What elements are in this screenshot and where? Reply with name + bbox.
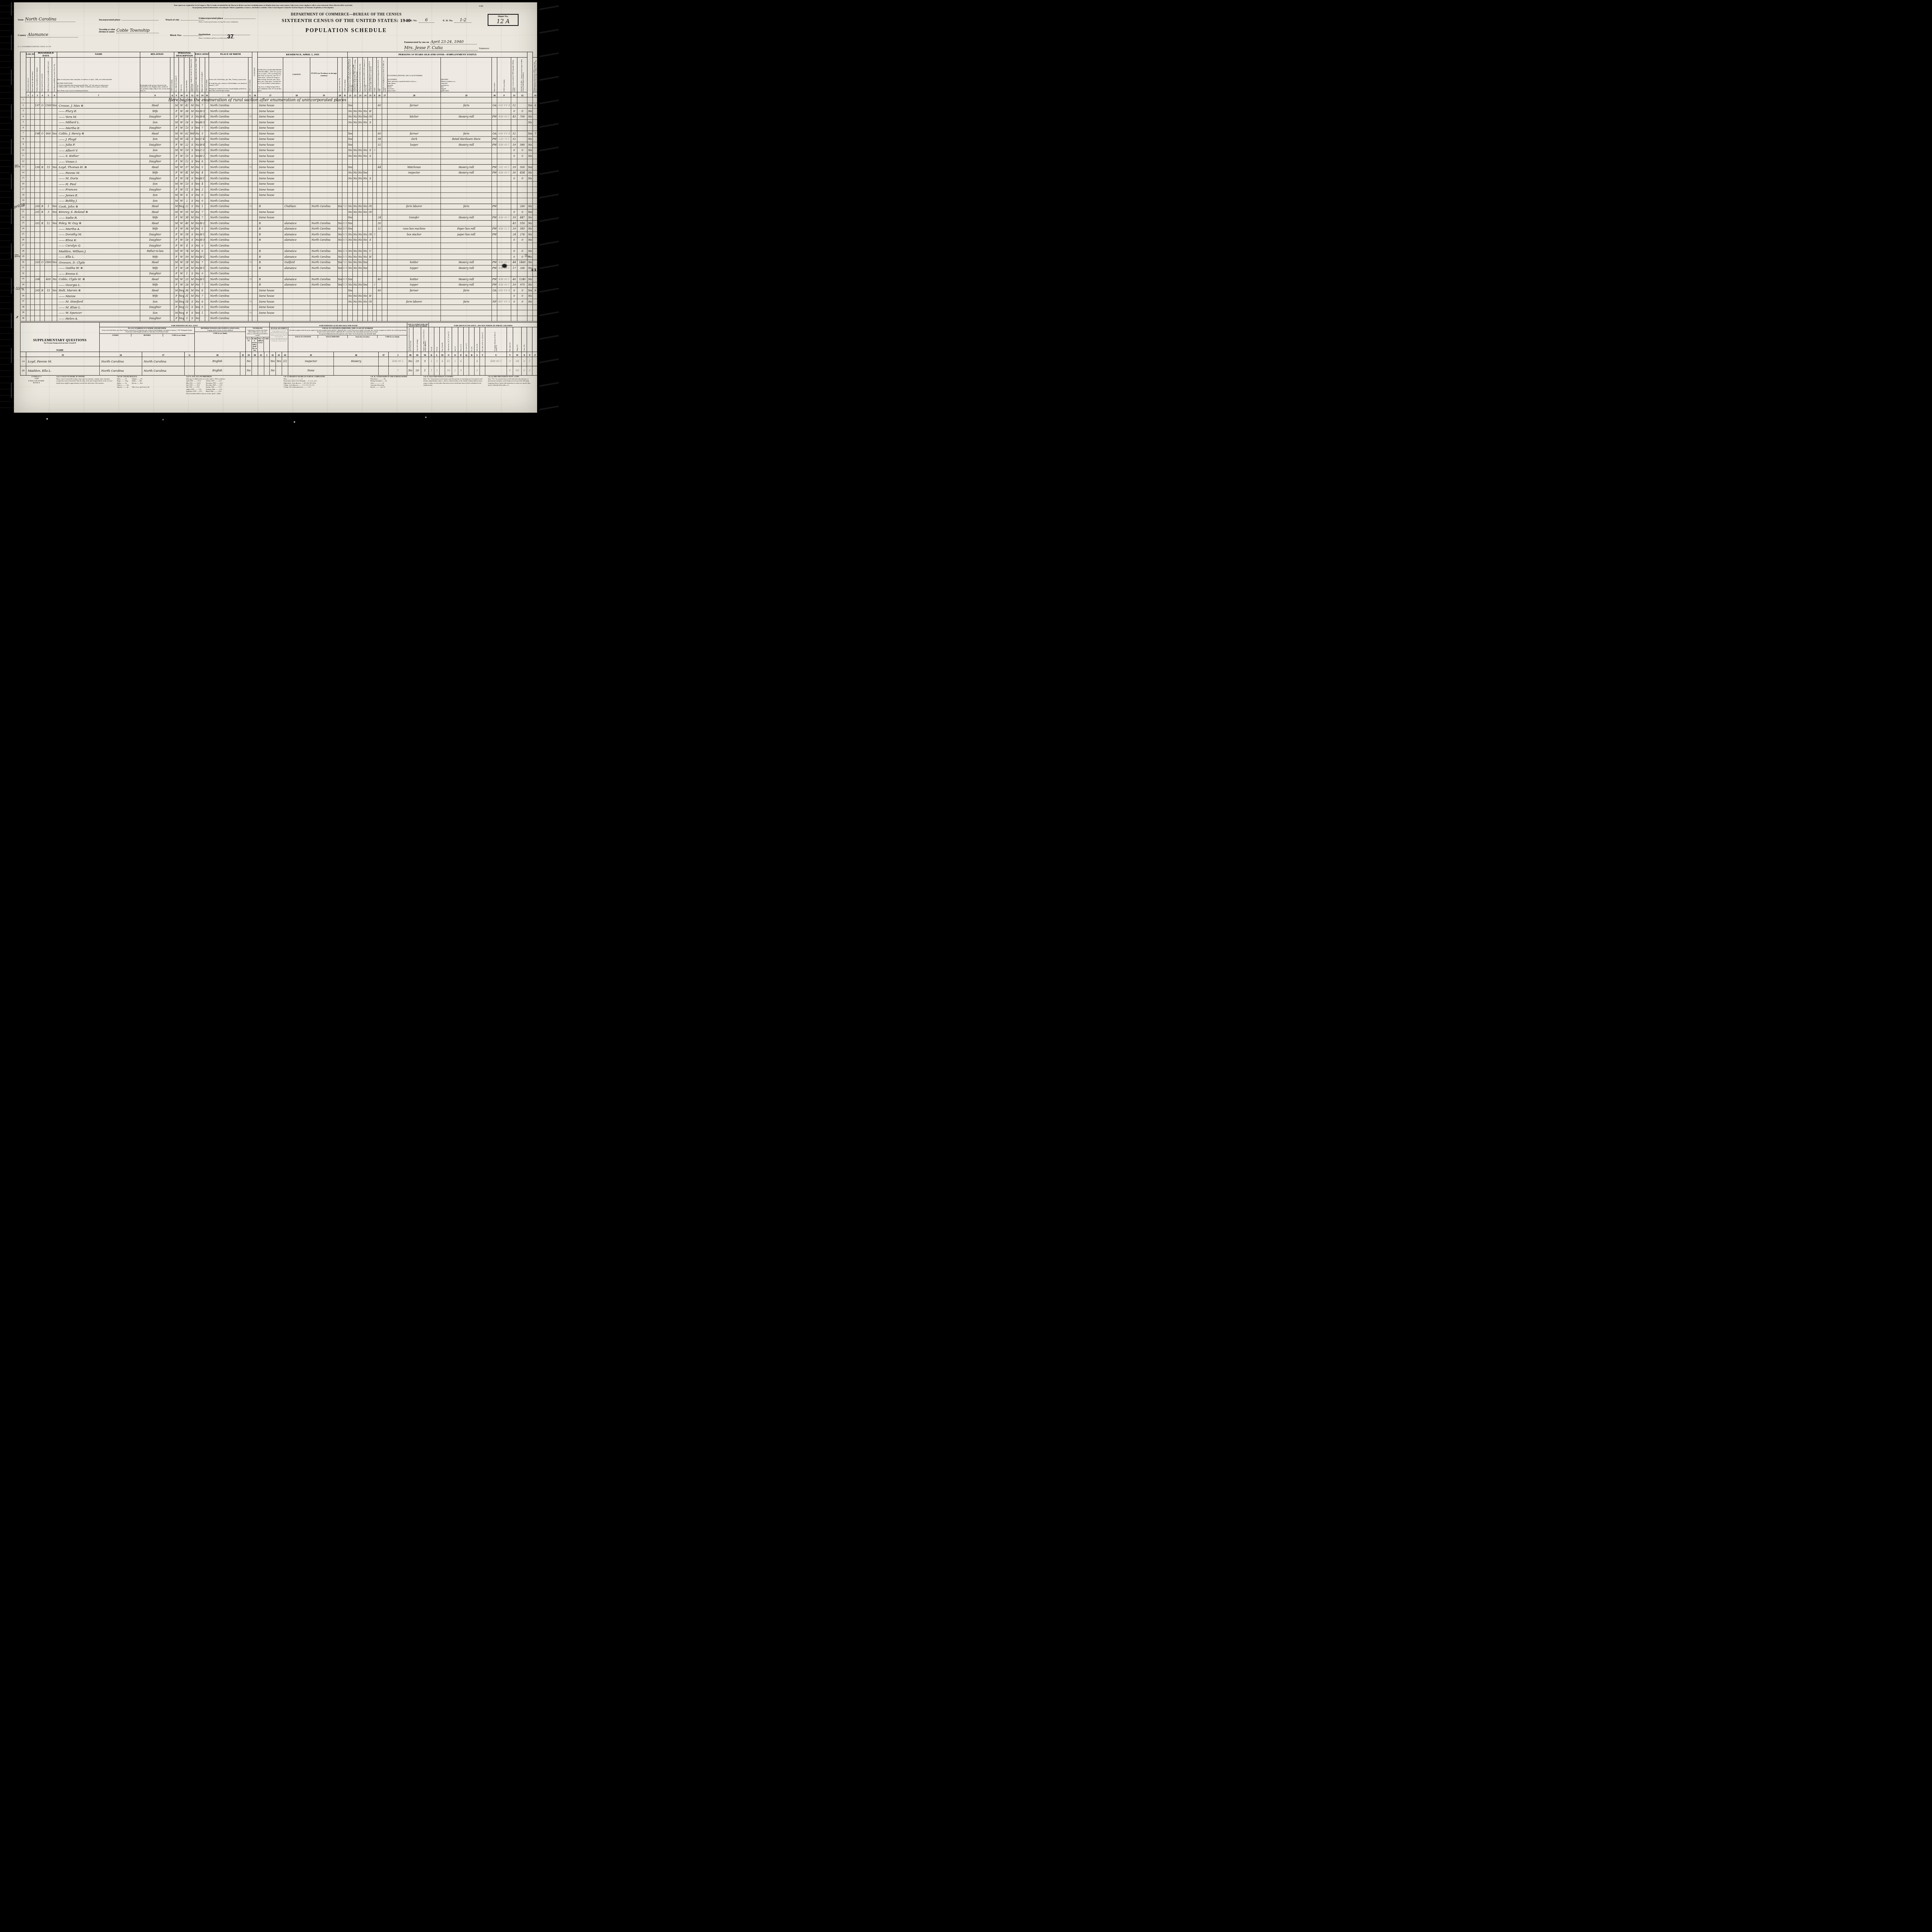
cell-c17-line12: Same house [258, 159, 283, 165]
cell-lnL-line32: 32 [20, 271, 26, 277]
cell-cA-line20 [170, 204, 174, 209]
cell-cA-line27 [170, 243, 174, 249]
col-number-c17: 17 [258, 92, 283, 97]
cell-c1-line27 [26, 243, 31, 249]
cell-c3-line21: 201 [35, 209, 40, 215]
supp-cell-oP-line14: 4 [458, 357, 464, 366]
cell-cA-line5 [170, 120, 174, 126]
cell-c15-line36: North Carolina [209, 293, 248, 299]
note-col24: Col. 24. DID THIS PERSON HAVE A JOB? Ent… [488, 376, 534, 395]
supp-cell-s39-line29: No [246, 366, 252, 376]
cell-c21-line17 [348, 187, 353, 193]
cell-c31-line29: 0 [511, 254, 517, 260]
cell-cA-line10 [170, 148, 174, 153]
cell-c9-line33: M [174, 277, 179, 282]
cell-c21-line33: Yes [348, 277, 353, 282]
cell-c27-line27 [382, 243, 388, 249]
social-security-header: SOCIAL SECURITYDoes this person have a F… [270, 327, 288, 352]
cell-c28-line16 [388, 181, 441, 187]
cell-c32-line9: 580 [517, 142, 527, 148]
cell-c14-line8: C-4 [200, 136, 205, 142]
cell-cA-line19 [170, 198, 174, 204]
cell-c11-line24: 36 [184, 226, 190, 232]
cell-c22-line19 [353, 198, 358, 204]
cell-c29-line10 [441, 148, 492, 153]
cell-c9-line22: F [174, 215, 179, 221]
supp-col-number-14: 45 [288, 352, 334, 357]
cell-c3-line32 [35, 271, 40, 277]
cell-c4-line7: O [40, 131, 45, 137]
cell-c31-line20 [511, 204, 517, 209]
group-all-ages: FOR PERSONS OF ALL AGES [100, 323, 270, 327]
cell-c23-line9 [358, 142, 363, 148]
cell-c4-line31 [40, 265, 45, 271]
cell-lnL-line1: 1 [20, 97, 26, 103]
cell-c15-line26: North Carolina [209, 237, 248, 243]
cell-c23-line37: No [358, 299, 363, 305]
cell-c28-line17 [388, 187, 441, 193]
cell-c26-line39 [377, 310, 382, 316]
cell-c26-line17 [377, 187, 382, 193]
cell-c29-line21 [441, 209, 492, 215]
cell-c31-line32 [511, 271, 517, 277]
state-value: North Carolina [25, 17, 75, 22]
cell-cF-line38 [497, 304, 511, 310]
cell-cE-line18 [373, 192, 377, 198]
cell-c3-line10 [35, 148, 40, 153]
cell-c15-line2: North Carolina [209, 103, 248, 109]
cell-c10-line27: W [179, 243, 184, 249]
cell-cC-line11 [248, 153, 252, 159]
cell-c8-line19: Son [140, 198, 170, 204]
cell-c20-line28: No [338, 248, 342, 254]
col-number-c6: 6 [52, 92, 57, 97]
cell-c15-line30: North Carolina [209, 260, 248, 265]
supp-cell-s45-line14: inspector [288, 357, 334, 366]
table-row: 31—— Gaitha W. ⊗WifeFW28MNoH-1North Caro… [20, 265, 544, 271]
cell-c15-line19: North Carolina [209, 198, 248, 204]
cell-c12-line5: S [190, 120, 195, 126]
cell-c19-line3 [310, 109, 338, 114]
cell-c25-line6 [368, 125, 373, 131]
cell-c22-line33 [353, 277, 358, 282]
cell-c8-line3: Wife [140, 109, 170, 114]
table-row: 9—— Julia F.DaughterFW22SNoH-4North Caro… [20, 142, 544, 148]
cell-lnL-line5: 5 [20, 120, 26, 126]
cell-c31-line2: 52 [511, 103, 517, 109]
cell-c29-line14: Hosiery mill [441, 170, 492, 176]
cell-c29-line36 [441, 293, 492, 299]
cell-c18-line39 [283, 310, 310, 316]
cell-c32-line26: 0 [517, 237, 527, 243]
cell-c10-line7: W [179, 131, 184, 137]
cell-c1-line5 [26, 120, 31, 126]
cell-c5-line7: 800 [45, 131, 52, 137]
cell-c31-line7: 52 [511, 131, 517, 137]
main-grid: LOCATIONHOUSEHOLD DATANAMERELATIONPERSON… [20, 52, 544, 321]
symbols-title: SYMBOLS AND EXPLANATORY NOTES [20, 376, 53, 395]
cell-lnL-line23: 23 [20, 221, 26, 226]
cell-c4-line32 [40, 271, 45, 277]
cell-c32-line25: 276 [517, 232, 527, 238]
cell-c4-line35: R [40, 288, 45, 294]
cell-c3-line28 [35, 248, 40, 254]
cell-cA-line9 [170, 142, 174, 148]
cell-c7-line10: —— Albert V. [57, 148, 140, 153]
cell-cD-line10 [342, 148, 348, 153]
cell-c21-line7: Yes [348, 131, 353, 137]
cell-cA-line29 [170, 254, 174, 260]
cell-c14-line9: H-4 [200, 142, 205, 148]
cell-c2-line7 [31, 131, 35, 137]
cell-c27-line21 [382, 209, 388, 215]
cell-cA-line8 [170, 136, 174, 142]
cell-c33-line15: No [527, 176, 533, 182]
cell-c18-line30: Guilford [283, 260, 310, 265]
cell-cB-line11 [205, 153, 209, 159]
supp-cell-sI-line14 [264, 357, 270, 366]
cell-c9-line19: M [174, 198, 179, 204]
cell-c22-line27 [353, 243, 358, 249]
col-header-c3: Number of household in order of visitati… [35, 58, 40, 92]
cell-c11-line31: 28 [184, 265, 190, 271]
cell-cC-line22 [248, 215, 252, 221]
cell-c3-line18 [35, 192, 40, 198]
cell-c1-line23 [26, 221, 31, 226]
cell-lnL-line7: 7 [20, 131, 26, 137]
cell-c13-line38: Yes [195, 304, 200, 310]
cell-c19-line34: North Carolina [310, 282, 338, 288]
table-row: 24—— Martha A.WifeFW36MNo5North Carolina… [20, 226, 544, 232]
cell-c6-line29 [52, 254, 57, 260]
group-header: PERSONAL DESCRIPTION [174, 52, 195, 58]
cell-c4-line2: O [40, 103, 45, 109]
cell-cD-line4 [342, 114, 348, 120]
col-number-c32: 32 [517, 92, 527, 97]
cell-c32-line20: 260 [517, 204, 527, 209]
table-row: 13199R15YesLoyd, Thomas H. ⊗HeadMW37MNo5… [20, 165, 544, 170]
cell-cA-line2 [170, 103, 174, 109]
cell-c23-line8 [358, 136, 363, 142]
cell-c12-line8: S [190, 136, 195, 142]
cell-c18-line11 [283, 153, 310, 159]
supp-cell-s46-line29 [334, 366, 379, 376]
cell-c16-line33 [252, 277, 258, 282]
cell-c6-line38 [52, 304, 57, 310]
cell-c24-line33 [363, 277, 368, 282]
cell-c6-line9 [52, 142, 57, 148]
table-row: 22—— Sadie R.WifeFW38MNo7North CarolinaS… [20, 215, 544, 221]
cell-c19-line19 [310, 198, 338, 204]
col-number-c10: 10 [179, 92, 184, 97]
cell-c5-line5 [45, 120, 52, 126]
cell-c32-line34: 975 [517, 282, 527, 288]
cell-cE-line4 [373, 114, 377, 120]
cell-c14-line39: 1 [200, 310, 205, 316]
cell-cC-line34 [248, 282, 252, 288]
cell-cE-line7 [373, 131, 377, 137]
group-header: RELATION [140, 52, 174, 58]
cell-c24-line40 [363, 316, 368, 321]
cell-c16-line13 [252, 165, 258, 170]
cell-c1-line18 [26, 192, 31, 198]
cell-c18-line20: Chatham [283, 204, 310, 209]
cell-c6-line24 [52, 226, 57, 232]
cell-c10-line4: W [179, 114, 184, 120]
cell-c12-line22: M [190, 215, 195, 221]
col-header-c26: Number of hours worked during week of Ma… [377, 58, 382, 92]
cell-c4-line28 [40, 248, 45, 254]
cell-c10-line38: Neg [179, 304, 184, 310]
col-number-c12: 12 [190, 92, 195, 97]
enumerator-field: Mrs. Jesse F. Culia Enumerator [404, 44, 489, 51]
table-row: 10—— Albert V.SonMW19SYesC-2North Caroli… [20, 148, 544, 153]
cell-c1-line9 [26, 142, 31, 148]
group-header: NAME [57, 52, 140, 58]
cell-cC-line3 [248, 109, 252, 114]
supp-cell-s47-line14 [379, 357, 389, 366]
cell-c21-line11: No [348, 153, 353, 159]
cell-c33-line7: Yes [527, 131, 533, 137]
table-row: 32—— Emma S.DaughterFW1SNo0North Carolin… [20, 271, 544, 277]
cell-c20-line5 [338, 120, 342, 126]
cell-c22-line20: No [353, 204, 358, 209]
cell-c1-line28 [26, 248, 31, 254]
supp-cell-s40-line14 [252, 357, 258, 366]
cell-c15-line21: North Carolina [209, 209, 248, 215]
col-header-c4: Home owned (O) or rented (R) [40, 58, 45, 92]
supp-cell-s39-line14: No [246, 357, 252, 366]
cell-c23-line30: No [358, 260, 363, 265]
supp-col-number-4: G [185, 352, 195, 357]
cell-c16-line18 [252, 192, 258, 198]
cell-c31-line19 [511, 198, 517, 204]
cell-c11-line38: 12 [184, 304, 190, 310]
cell-c19-line9 [310, 142, 338, 148]
cell-c4-line20: R [40, 204, 45, 209]
cell-c33-line16 [527, 181, 533, 187]
supp-cell-s43-line14: Yes [276, 357, 282, 366]
col-number-c15: 15 [209, 92, 248, 97]
cell-c12-line20: S [190, 204, 195, 209]
cell-c8-line11: Daughter [140, 153, 170, 159]
cell-cF-line28 [497, 248, 511, 254]
supp-cell-s35-line14: Loyd, Fannie M. [26, 357, 100, 366]
cell-c9-line38: F [174, 304, 179, 310]
table-row: 21201R3YesKimrey, S. Roland ⊗HeadMW55MNo… [20, 209, 544, 215]
cell-cE-line36 [373, 293, 377, 299]
cell-c15-line35: North Carolina [209, 288, 248, 294]
cell-c18-line18 [283, 192, 310, 198]
cell-c22-line38 [353, 304, 358, 310]
cell-cB-line3 [205, 109, 209, 114]
cell-c24-line37: No [363, 299, 368, 305]
cell-c2-line39 [31, 310, 35, 316]
cell-c29-line1 [441, 97, 492, 103]
sd-field: S. D. No. 6 [407, 16, 434, 23]
cell-c3-line33: 204 [35, 277, 40, 282]
cell-c29-line26 [441, 237, 492, 243]
cell-c2-line10 [31, 148, 35, 153]
office-col-11: Wks. wkd. (31) [507, 327, 513, 352]
cell-c12-line26: S [190, 237, 195, 243]
supp-col-number-17: J [389, 352, 407, 357]
cell-c1-line36 [26, 293, 31, 299]
cell-cF-line19 [497, 198, 511, 204]
cell-c19-line37 [310, 299, 338, 305]
cell-c25-line18 [368, 192, 373, 198]
cell-c25-line29: H [368, 254, 373, 260]
cell-cA-line18 [170, 192, 174, 198]
cell-cC-line13: 76 [248, 165, 252, 170]
cell-c23-line40 [358, 316, 363, 321]
cell-cB-line27 [205, 243, 209, 249]
supp-cell-lnL-line14: 14 [20, 357, 26, 366]
cell-c16-line19 [252, 198, 258, 204]
cell-c19-line40 [310, 316, 338, 321]
cell-c26-line8: 58 [377, 136, 382, 142]
cell-c16-line14 [252, 170, 258, 176]
cell-cD-line30: 7622 [342, 260, 348, 265]
cell-c12-line19: S [190, 198, 195, 204]
cell-c13-line30: No [195, 260, 200, 265]
cell-c17-line20: R [258, 204, 283, 209]
cell-c5-line22 [45, 215, 52, 221]
cell-c28-line14: inspector [388, 170, 441, 176]
cell-c24-line6 [363, 125, 368, 131]
cell-c5-line2: 1500 [45, 103, 52, 109]
col-number-c29: 29 [441, 92, 492, 97]
cell-c11-line15: 14 [184, 176, 190, 182]
cell-c23-line7 [358, 131, 363, 137]
col-header-cD: CODE (Leave blank) [342, 58, 348, 92]
gpo-imprint: U. S. GOVERNMENT PRINTING OFFICE 16-1799 [18, 46, 51, 48]
cell-c3-line22 [35, 215, 40, 221]
cell-c16-line5 [252, 120, 258, 126]
cell-c6-line15 [52, 176, 57, 182]
cell-c2-line11 [31, 153, 35, 159]
cell-c26-line7: 60 [377, 131, 382, 137]
cell-c3-line16 [35, 181, 40, 187]
col-header-c11: Age at last birthday [184, 58, 190, 92]
cell-c1-line8 [26, 136, 31, 142]
cell-c3-line37 [35, 299, 40, 305]
cell-c24-line36: No [363, 293, 368, 299]
cell-c6-line35: Yes [52, 288, 57, 294]
cell-c24-line11: No [363, 153, 368, 159]
cell-c4-line24 [40, 226, 45, 232]
cell-c9-line14: F [174, 170, 179, 176]
cell-c29-line7: farm [441, 131, 492, 137]
cell-c7-line3: —— Flury E. [57, 109, 140, 114]
cell-cD-line7 [342, 131, 348, 137]
cell-c30-line16 [492, 181, 497, 187]
cell-c9-line9: F [174, 142, 179, 148]
cell-cA-line26 [170, 237, 174, 243]
cell-c17-line25: R [258, 232, 283, 238]
cell-c9-line32: F [174, 271, 179, 277]
cell-cD-line14 [342, 170, 348, 176]
cell-c13-line12: Yes [195, 159, 200, 165]
cell-c5-line25 [45, 232, 52, 238]
note-col14: Col. 14. HIGHEST GRADE OF SCHOOL COMPLET… [284, 376, 367, 395]
cell-c15-line32: North Carolina [209, 271, 248, 277]
cell-c4-line22 [40, 215, 45, 221]
cell-c31-line11: 0 [511, 153, 517, 159]
cell-c23-line25: No [358, 232, 363, 238]
table-row: 23202R12YesFoley, W. Guy ⊗HeadMW40MNoH-2… [20, 221, 544, 226]
cell-c6-line37 [52, 299, 57, 305]
cell-c25-line28: U [368, 248, 373, 254]
cell-c22-line28: No [353, 248, 358, 254]
cell-c6-line14 [52, 170, 57, 176]
cell-c4-line16 [40, 181, 45, 187]
cell-c9-line36: F [174, 293, 179, 299]
supp-col-number-2: 36 [100, 352, 142, 357]
cell-c30-line11 [492, 153, 497, 159]
cell-c5-line34 [45, 282, 52, 288]
cell-c5-line16 [45, 181, 52, 187]
supp-cell-oV-line14: 5 [507, 357, 513, 366]
cell-c12-line25: S [190, 232, 195, 238]
cell-cB-line8 [205, 136, 209, 142]
cell-c16-line17 [252, 187, 258, 193]
cell-cC-line38 [248, 304, 252, 310]
cell-c13-line34: No [195, 282, 200, 288]
supp-cell-s49-line14: 25 [413, 357, 421, 366]
cell-c9-line35: M [174, 288, 179, 294]
cell-c15-line33: North Carolina [209, 277, 248, 282]
col-number-c22: 22 [353, 92, 358, 97]
cell-c32-line4: 700 [517, 114, 527, 120]
cell-c25-line39 [368, 310, 373, 316]
table-row: 39—— W. SpencerSonMNeg8SYes1North Caroli… [20, 310, 544, 316]
cell-cC-line25 [248, 232, 252, 238]
cell-c33-line24: No [527, 226, 533, 232]
cell-c2-line15 [31, 176, 35, 182]
cell-c30-line4: PW [492, 114, 497, 120]
cell-c5-line19 [45, 198, 52, 204]
cell-c32-line19 [517, 198, 527, 204]
cell-c19-line26: North Carolina [310, 237, 338, 243]
cell-cC-line35 [248, 288, 252, 294]
cell-c3-line31 [35, 265, 40, 271]
cell-c31-line8: 52 [511, 136, 517, 142]
cell-c2-line2 [31, 103, 35, 109]
office-col-8: Wrk. cl. (25) [474, 327, 480, 352]
cell-cC-line16 [248, 181, 252, 187]
supp-cell-oK-line14: 1 [429, 357, 434, 366]
cell-c7-line18: —— James E. [57, 192, 140, 198]
cell-c28-line25: box stacker [388, 232, 441, 238]
cell-c31-line34: 39 [511, 282, 517, 288]
cell-c6-line34 [52, 282, 57, 288]
cell-c24-line23 [363, 221, 368, 226]
cell-c1-line22 [26, 215, 31, 221]
enumeration-note: Here begins the enumeration of rural sec… [111, 98, 404, 102]
cell-c25-line36: H [368, 293, 373, 299]
cell-c27-line34 [382, 282, 388, 288]
cell-c22-line37: No [353, 299, 358, 305]
supp-col-number-13: 44 [282, 352, 288, 357]
cell-c7-line5: —— Millard L. [57, 120, 140, 126]
cell-c14-line12: 6 [200, 159, 205, 165]
cell-c2-line23 [31, 221, 35, 226]
cell-c6-line28 [52, 248, 57, 254]
office-col-5: Mar. st. (12) [458, 327, 464, 352]
cell-cB-line4 [205, 114, 209, 120]
cell-cB-line36 [205, 293, 209, 299]
